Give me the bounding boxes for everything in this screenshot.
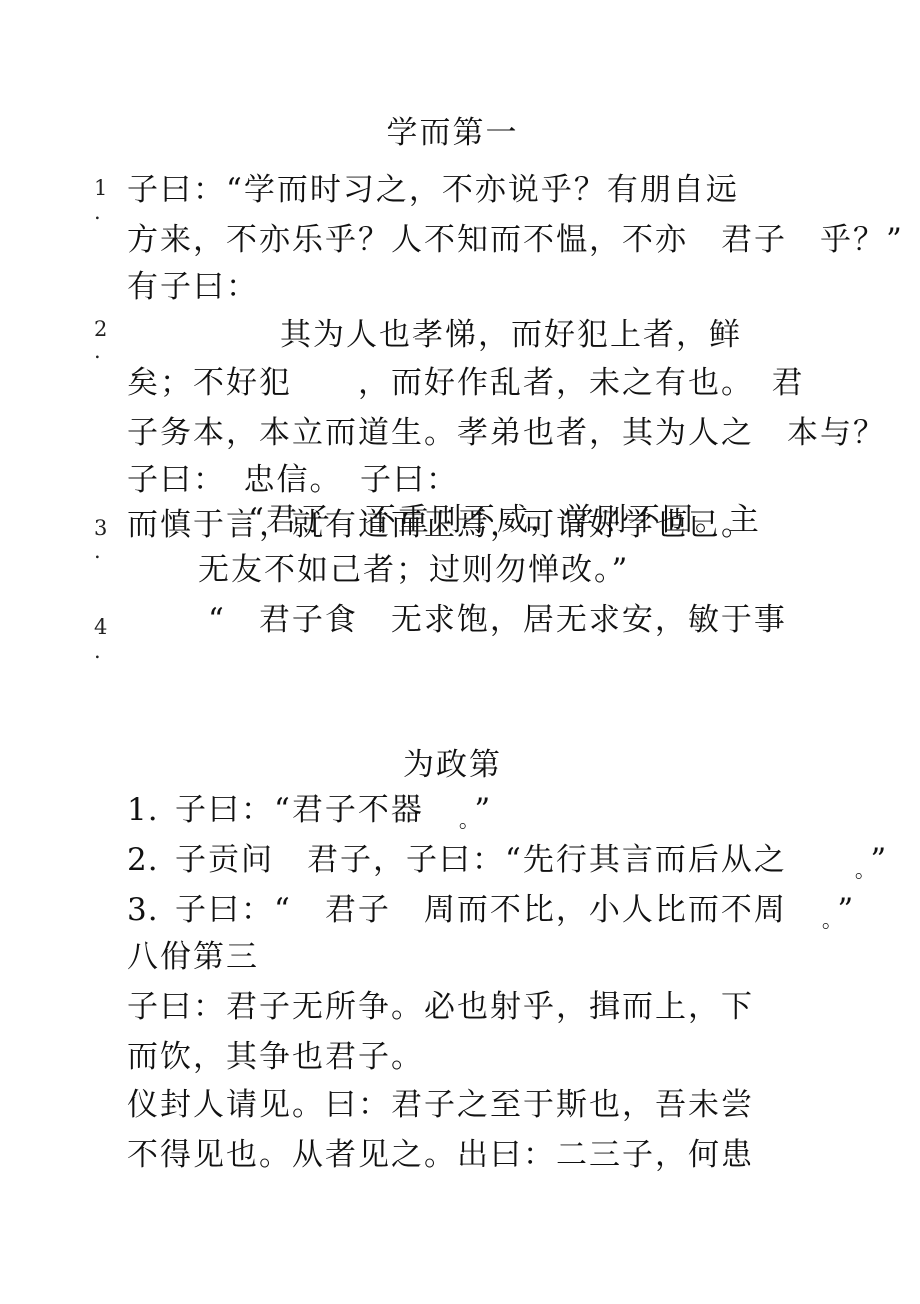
xueer-line-7: 子曰： 忠信。 子曰： — [127, 460, 459, 500]
item-number: 2. — [127, 840, 175, 880]
chapter-title-weizheng: 为政第 — [0, 745, 905, 785]
bayi-line-2: 而饮，其争也君子。 — [127, 1037, 424, 1077]
document-page: 学而第一 1 . 2 . 3 . 4 . 子曰：“学而时习之，不亦说乎？有朋自远… — [0, 0, 920, 1304]
bayi-line-3: 仪封人请见。曰：君子之至于斯也，吾未尝 — [127, 1085, 754, 1125]
small-period: 。 — [459, 808, 470, 832]
small-period: 。 — [822, 908, 833, 932]
bayi-line-1: 子曰：君子无所争。必也射乎，揖而上，下 — [127, 987, 754, 1027]
item-number: 3. — [127, 890, 175, 930]
chapter-title-xueer: 学而第一 — [0, 113, 905, 153]
xueer-line-4: 其为人也孝悌，而好犯上者，鲜 — [280, 315, 742, 355]
xueer-line-10: “ 君子食 无求饱，居无求安，敏于事 — [208, 600, 787, 640]
closing-quote: ” — [474, 792, 492, 828]
margin-dot-3: . — [94, 539, 101, 563]
xueer-line-1: 子曰：“学而时习之，不亦说乎？有朋自远 — [127, 170, 739, 210]
xueer-line-3: 有子曰： — [127, 267, 259, 307]
xueer-line-6: 子务本，本立而道生。孝弟也者，其为人之 本与？ — [127, 413, 886, 453]
xueer-line-5: 矣；不好犯 ，而好作乱者，未之有也。 君 — [127, 363, 805, 403]
xueer-line-9: 无友不如己者；过则勿惮改。” — [198, 550, 629, 590]
margin-dot-1: . — [94, 200, 101, 224]
margin-dot-4: . — [94, 639, 101, 663]
item-number: 1. — [127, 790, 175, 830]
closing-quote: ” — [870, 842, 888, 878]
chapter-title-bayi: 八佾第三 — [127, 937, 259, 977]
bayi-line-4: 不得见也。从者见之。出曰：二三子，何患 — [127, 1135, 754, 1175]
margin-number-4: 4 — [94, 615, 107, 639]
margin-dot-2: . — [94, 339, 101, 363]
closing-quote: ” — [837, 892, 855, 928]
xueer-line-2: 方来，不亦乐乎？人不知而不愠，不亦 君子 乎？” — [127, 220, 904, 260]
margin-number-1: 1 — [94, 176, 107, 200]
xueer-overlap-line-b: “君子 不重则不威，学则不固。主 — [248, 500, 761, 540]
margin-number-2: 2 — [94, 317, 107, 341]
item-text: 子贡问 君子，子曰：“先行其言而后从之 — [175, 842, 853, 878]
small-period: 。 — [855, 858, 866, 882]
item-text: 子曰：“ 君子 周而不比，小人比而不周 — [175, 892, 820, 928]
margin-number-3: 3 — [94, 516, 107, 540]
weizheng-item-2: 2.子贡问 君子，子曰：“先行其言而后从之 。” — [127, 840, 888, 890]
weizheng-item-1: 1.子曰：“君子不器 。” — [127, 790, 492, 840]
item-text: 子曰：“君子不器 — [175, 792, 457, 828]
weizheng-item-3: 3.子曰：“ 君子 周而不比，小人比而不周 。” — [127, 890, 855, 940]
